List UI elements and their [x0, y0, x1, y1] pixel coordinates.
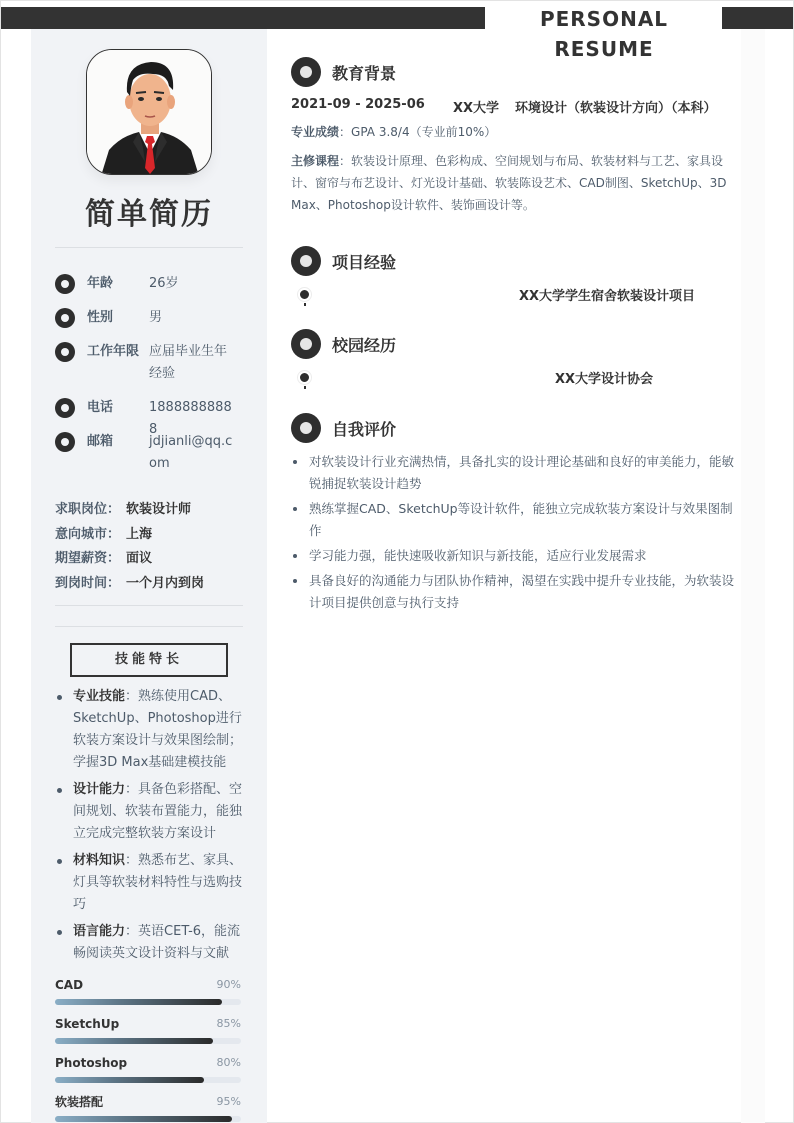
campus-item: XX大学设计协会	[291, 368, 741, 388]
skill-label: 专业技能	[73, 689, 125, 704]
skill-bar-fill	[55, 1116, 232, 1122]
ring-icon	[55, 398, 75, 418]
job-value: 一个月内到岗	[126, 574, 204, 594]
skill-bar-percent: 90%	[217, 977, 241, 993]
skill-list: 专业技能：熟练使用CAD、SketchUp、Photoshop进行软装方案设计与…	[55, 686, 247, 970]
section-title: 自我评价	[332, 417, 396, 440]
project-item: XX大学学生宿舍软装设计项目	[291, 285, 741, 305]
education-gpa: 专业成绩：GPA 3.8/4（专业前10%）	[291, 121, 736, 143]
skill-bar-percent: 85%	[217, 1016, 241, 1032]
info-label: 邮箱	[75, 431, 149, 475]
skill-bar-percent: 80%	[217, 1055, 241, 1071]
header-bar-left	[1, 7, 485, 29]
skill-bar-photoshop: Photoshop80%	[55, 1055, 241, 1083]
skill-bar-track	[55, 1116, 241, 1122]
skills-title: 技能特长	[70, 643, 228, 677]
education-courses: 主修课程：软装设计原理、色彩构成、空间规划与布局、软装材料与工艺、家具设计、窗帘…	[291, 150, 736, 216]
info-value: 26岁	[149, 273, 233, 295]
skill-item: 专业技能：熟练使用CAD、SketchUp、Photoshop进行软装方案设计与…	[55, 686, 247, 774]
right-margin-strip	[741, 29, 765, 1123]
section-campus-header: 校园经历	[291, 329, 396, 359]
info-row-email: 邮箱 jdjianli@qq.com	[55, 431, 255, 475]
section-title: 项目经验	[332, 250, 396, 273]
job-label: 期望薪资：	[55, 549, 126, 569]
job-label: 意向城市：	[55, 525, 126, 545]
skill-bar-track	[55, 1077, 241, 1083]
job-row-position: 求职岗位： 软装设计师	[55, 500, 191, 520]
skill-sep: ：	[125, 689, 138, 704]
courses-value: 软装设计原理、色彩构成、空间规划与布局、软装材料与工艺、家具设计、窗帘与布艺设计…	[291, 154, 727, 212]
education-period: 2021-09 - 2025-06	[291, 97, 453, 116]
skill-sep: ：	[125, 782, 138, 797]
job-row-city: 意向城市： 上海	[55, 525, 152, 545]
skill-label: 语言能力	[73, 924, 125, 939]
resume-header-title: PERSONAL RESUME	[488, 4, 720, 34]
ring-icon	[55, 274, 75, 294]
skill-bar-name: Photoshop	[55, 1055, 127, 1071]
ring-icon	[291, 413, 321, 443]
campus-name: XX大学设计协会	[291, 368, 741, 387]
ring-icon	[55, 342, 75, 362]
avatar	[86, 49, 212, 175]
education-major: 环境设计（软装设计方向）（本科）	[515, 97, 717, 116]
gpa-sep: ：	[339, 125, 351, 139]
skill-bar-name: SketchUp	[55, 1016, 119, 1032]
info-row-age: 年龄 26岁	[55, 273, 255, 295]
info-label: 性别	[75, 307, 149, 329]
skill-item: 语言能力：英语CET-6，能流畅阅读英文设计资料与文献	[55, 921, 247, 965]
skill-bar-cad: CAD90%	[55, 977, 241, 1005]
skill-sep: ：	[125, 853, 138, 868]
skill-label: 设计能力	[73, 782, 125, 797]
project-name: XX大学学生宿舍软装设计项目	[291, 285, 741, 304]
section-title: 教育背景	[332, 61, 396, 84]
skill-bar-name: CAD	[55, 977, 83, 993]
info-label: 工作年限	[75, 341, 149, 385]
self-eval-item: 学习能力强，能快速吸收新知识与新技能，适应行业发展需求	[291, 545, 736, 567]
divider	[55, 626, 243, 627]
ring-icon	[55, 432, 75, 452]
divider	[55, 247, 243, 248]
job-row-salary: 期望薪资： 面议	[55, 549, 152, 569]
divider	[55, 605, 243, 606]
education-school: XX大学	[453, 97, 515, 116]
courses-sep: ：	[339, 154, 351, 168]
ring-icon	[55, 308, 75, 328]
job-value: 上海	[126, 525, 152, 545]
info-label: 年龄	[75, 273, 149, 295]
ring-icon	[291, 57, 321, 87]
header-bar-right	[722, 7, 793, 29]
gpa-value: GPA 3.8/4（专业前10%）	[351, 125, 496, 139]
self-eval-item: 对软装设计行业充满热情，具备扎实的设计理论基础和良好的审美能力，能敏锐捕捉软装设…	[291, 451, 736, 495]
self-eval-item: 熟练掌握CAD、SketchUp等设计软件，能独立完成软装方案设计与效果图制作	[291, 498, 736, 542]
skill-bar-soft-decoration: 软装搭配95%	[55, 1094, 241, 1122]
skill-bar-sketchup: SketchUp85%	[55, 1016, 241, 1044]
ring-icon	[291, 329, 321, 359]
self-eval-list: 对软装设计行业充满热情，具备扎实的设计理论基础和良好的审美能力，能敏锐捕捉软装设…	[291, 451, 736, 617]
info-row-gender: 性别 男	[55, 307, 255, 329]
section-projects-header: 项目经验	[291, 246, 396, 276]
skill-bar-track	[55, 999, 241, 1005]
skill-item: 设计能力：具备色彩搭配、空间规划、软装布置能力，能独立完成完整软装方案设计	[55, 779, 247, 845]
sidebar: 简单简历 年龄 26岁 性别 男 工作年限 应届毕业生年经验 电话 188888…	[31, 29, 267, 1123]
skill-bar-fill	[55, 999, 222, 1005]
skill-label: 材料知识	[73, 853, 125, 868]
section-self-eval-header: 自我评价	[291, 413, 396, 443]
job-value: 面议	[126, 549, 152, 569]
section-title: 校园经历	[332, 333, 396, 356]
job-value: 软装设计师	[126, 500, 191, 520]
self-eval-item: 具备良好的沟通能力与团队协作精神，渴望在实践中提升专业技能，为软装设计项目提供创…	[291, 570, 736, 614]
job-label: 求职岗位：	[55, 500, 126, 520]
info-row-experience: 工作年限 应届毕业生年经验	[55, 341, 255, 385]
skill-bar-name: 软装搭配	[55, 1094, 103, 1110]
job-row-start-time: 到岗时间： 一个月内到岗	[55, 574, 204, 594]
courses-label: 主修课程	[291, 154, 339, 168]
skill-bar-track	[55, 1038, 241, 1044]
section-education-header: 教育背景	[291, 57, 396, 87]
avatar-portrait-icon	[87, 50, 212, 175]
resume-name: 简单简历	[31, 189, 267, 233]
skill-bar-percent: 95%	[217, 1094, 241, 1110]
skill-bar-fill	[55, 1038, 213, 1044]
skill-item: 材料知识：熟悉布艺、家具、灯具等软装材料特性与选购技巧	[55, 850, 247, 916]
info-value: 男	[149, 307, 233, 329]
skill-sep: ：	[125, 924, 138, 939]
info-value: 应届毕业生年经验	[149, 341, 233, 385]
skill-bar-fill	[55, 1077, 204, 1083]
ring-icon	[291, 246, 321, 276]
gpa-label: 专业成绩	[291, 125, 339, 139]
education-entry: 2021-09 - 2025-06 XX大学 环境设计（软装设计方向）（本科）	[291, 97, 741, 116]
job-label: 到岗时间：	[55, 574, 126, 594]
info-value[interactable]: jdjianli@qq.com	[149, 431, 233, 475]
